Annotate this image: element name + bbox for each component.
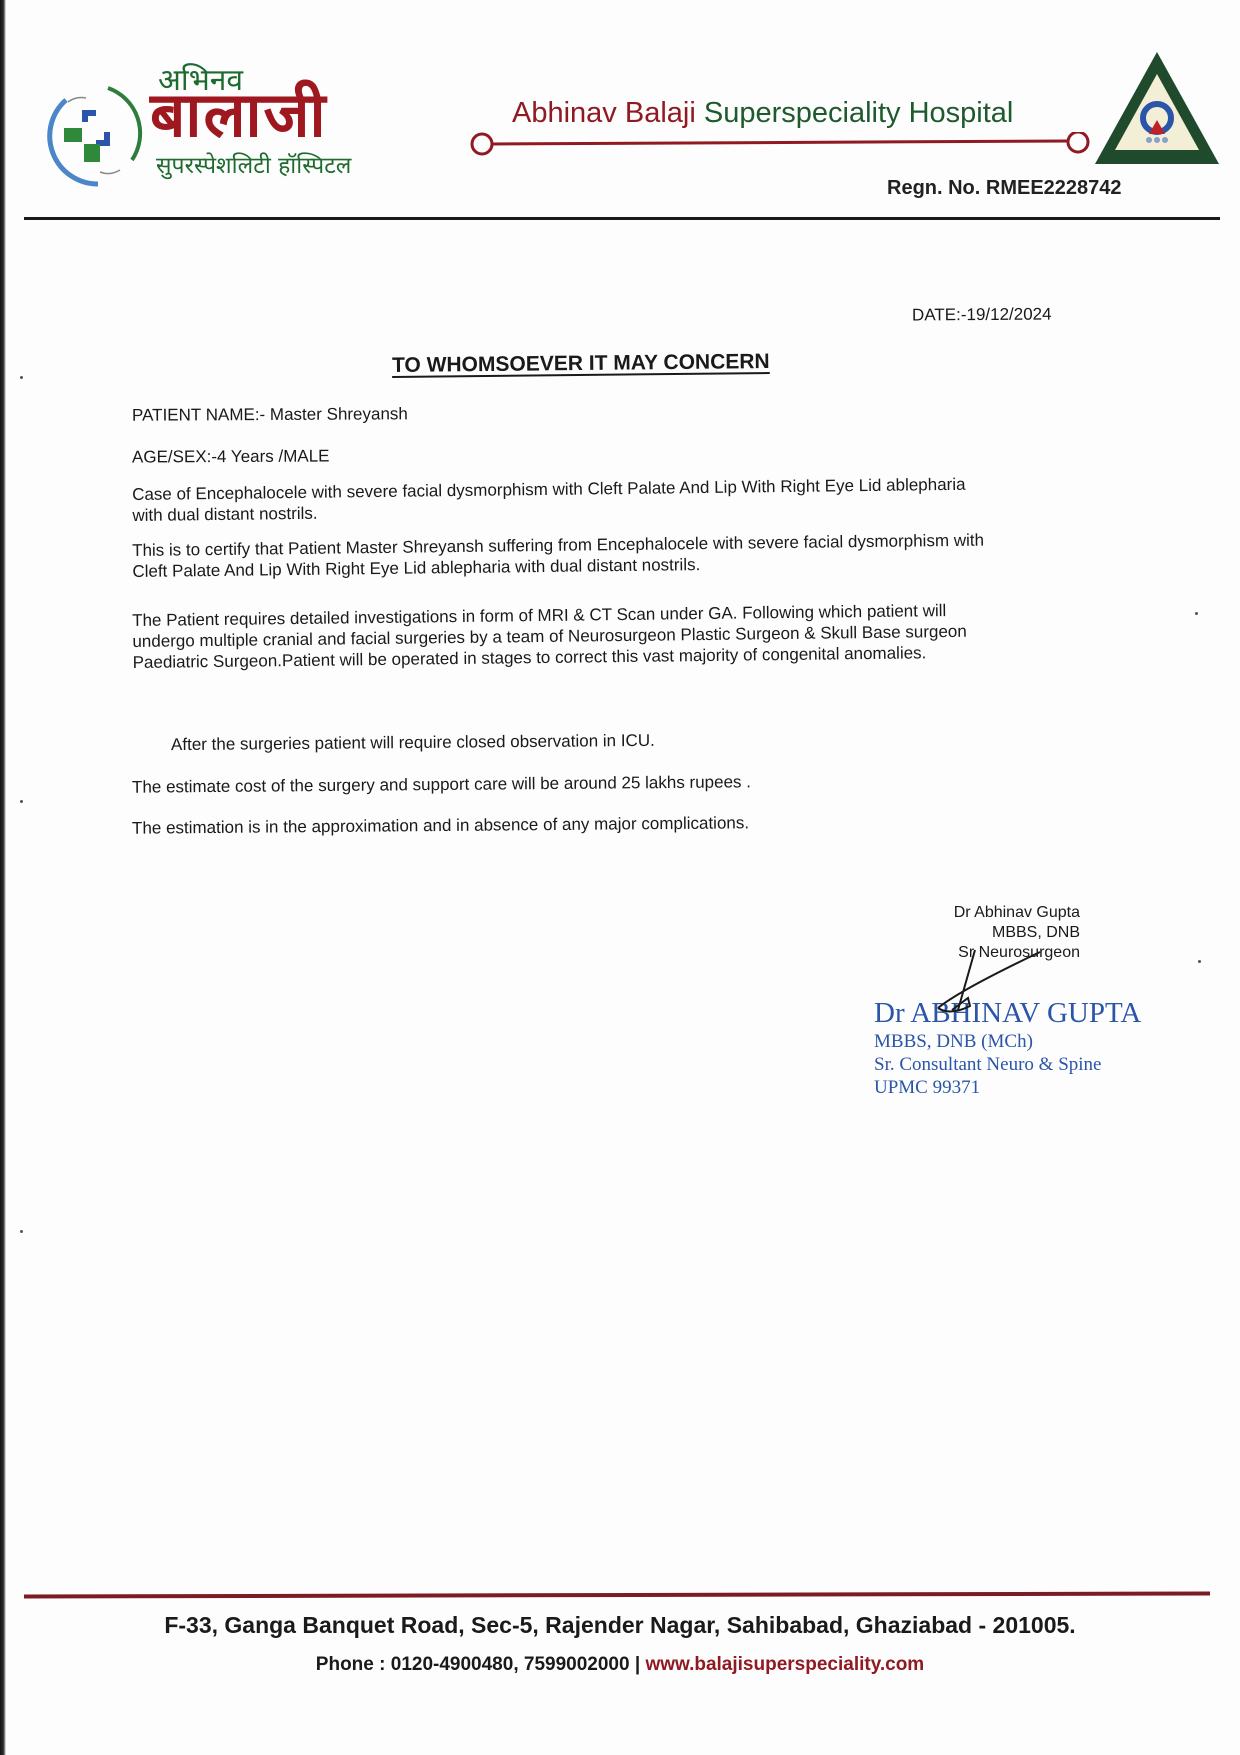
footer-divider (24, 1591, 1210, 1598)
medical-cross-emblem-icon (38, 80, 148, 190)
letter-title: TO WHOMSOEVER IT MAY CONCERN (392, 350, 770, 378)
cost-note: The estimate cost of the surgery and sup… (132, 772, 751, 797)
hospital-contact: Phone : 0120-4900480, 7599002000 | www.b… (0, 1654, 1240, 1676)
accreditation-badge-icon (1093, 50, 1221, 168)
website-link[interactable]: www.balajisuperspeciality.com (645, 1654, 924, 1675)
stamp-designation: Sr. Consultant Neuro & Spine (874, 1053, 1141, 1076)
diagnosis-paragraph: Case of Encephalocele with severe facial… (132, 472, 1082, 526)
requirement-paragraph: The Patient requires detailed investigat… (132, 598, 1083, 673)
letter-date: DATE:-19/12/2024 (912, 305, 1052, 326)
hospital-address: F-33, Ganga Banquet Road, Sec-5, Rajende… (0, 1612, 1240, 1639)
stamp-registration: UPMC 99371 (874, 1076, 1141, 1099)
scan-speck (1195, 612, 1198, 615)
hospital-name-part2: Superspeciality Hospital (704, 97, 1013, 129)
scan-edge-shadow (0, 0, 6, 1755)
signatory-name: Dr Abhinav Gupta (900, 903, 1080, 923)
phone-label: Phone : (316, 1654, 386, 1675)
hospital-name-part1: Abhinav Balaji (512, 97, 696, 129)
scan-speck (1198, 960, 1201, 963)
patient-name: PATIENT NAME:- Master Shreyansh (132, 404, 408, 425)
hospital-name: Abhinav Balaji Superspeciality Hospital (512, 97, 1013, 130)
logo-hindi-superspeciality: सुपरस्पेशलिटी हॉस्पिटल (156, 148, 351, 180)
scan-speck (20, 376, 23, 379)
scan-speck (20, 1230, 23, 1233)
contact-separator: | (635, 1654, 640, 1675)
phone-numbers: 0120-4900480, 7599002000 (391, 1654, 630, 1675)
registration-number: Regn. No. RMEE2228742 (887, 177, 1122, 200)
estimation-note: The estimation is in the approximation a… (132, 813, 749, 838)
scan-speck (20, 800, 23, 803)
handwritten-signature (930, 940, 1090, 1020)
header-divider (24, 217, 1220, 220)
title-underline-ornament (470, 132, 1090, 156)
certification-paragraph: This is to certify that Patient Master S… (132, 528, 1082, 582)
stamp-degrees: MBBS, DNB (MCh) (874, 1030, 1141, 1053)
logo-hindi-balaji: बालाजी (150, 84, 328, 146)
hospital-logo: अभिनव बालाजी सुपरस्पेशलिटी हॉस्पिटल (38, 58, 418, 188)
icu-note: After the surgeries patient will require… (171, 731, 655, 755)
patient-age-sex: AGE/SEX:-4 Years /MALE (132, 446, 330, 467)
